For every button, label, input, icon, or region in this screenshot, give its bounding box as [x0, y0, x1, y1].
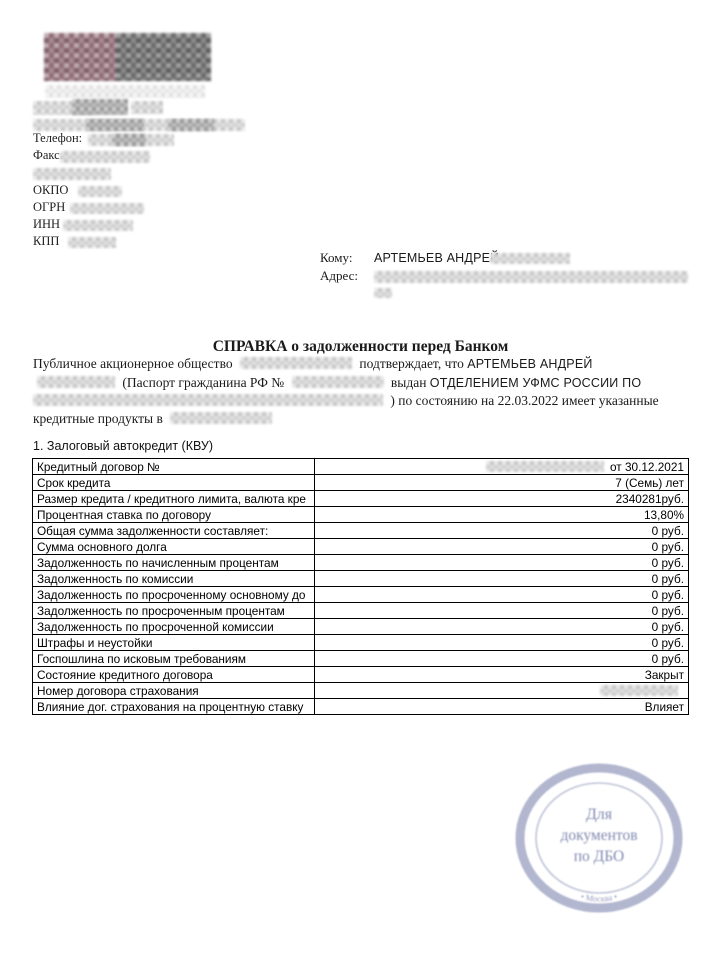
intro-line-4: кредитные продукты в: [33, 411, 276, 427]
row-value-text: 13,80%: [644, 508, 684, 522]
row-label-cell: Задолженность по просроченному основному…: [33, 587, 315, 603]
table-row: Задолженность по начисленным процентам0 …: [33, 555, 689, 571]
row-label-cell: Влияние дог. страхования на процентную с…: [33, 699, 315, 715]
row-label-text: Задолженность по просроченному основному…: [37, 588, 305, 602]
client-patronymic-redacted: [37, 376, 115, 388]
bank-logo: [44, 33, 211, 81]
row-label-text: Задолженность по начисленным процентам: [37, 556, 279, 570]
bank-logo-mark: [44, 33, 116, 81]
row-label-cell: Номер договора страхования: [33, 683, 315, 699]
sender-address-redacted: [72, 99, 128, 115]
row-label-text: Номер договора страхования: [37, 684, 199, 698]
address-label: Адрес:: [320, 268, 358, 284]
inn-label: ИНН: [33, 217, 60, 232]
row-value-cell: 0 руб.: [315, 523, 689, 539]
row-value-text: 0 руб.: [652, 524, 684, 538]
row-value-text: Закрыт: [645, 668, 684, 682]
row-value-text: 2340281руб.: [616, 492, 684, 506]
row-value-cell: 0 руб.: [315, 587, 689, 603]
row-value-cell: 13,80%: [315, 507, 689, 523]
okpo-label: ОКПО: [33, 183, 68, 198]
row-label-cell: Общая сумма задолженности составляет:: [33, 523, 315, 539]
row-label-cell: Кредитный договор №: [33, 459, 315, 475]
table-row: Кредитный договор №от 30.12.2021: [33, 459, 689, 475]
row-label-text: Общая сумма задолженности составляет:: [37, 524, 268, 538]
stamp-text-line1: Для: [586, 806, 613, 823]
row-value-cell: Закрыт: [315, 667, 689, 683]
bank-name-redacted: [170, 412, 272, 424]
row-label-cell: Задолженность по просроченной комиссии: [33, 619, 315, 635]
intro-company: Публичное акционерное общество: [33, 356, 233, 371]
row-value-text: 0 руб.: [652, 588, 684, 602]
document-page: Телефон: Факс: ОКПО ОГРН ИНН КПП Кому: А…: [0, 0, 711, 960]
table-row: Срок кредита7 (Семь) лет: [33, 475, 689, 491]
bank-logo-subtitle-redacted: [45, 85, 205, 98]
sender-address-redacted: [131, 101, 163, 114]
sender-info-redacted: [33, 168, 111, 180]
intro-passport: (Паспорт гражданина РФ №: [122, 375, 284, 390]
row-value-cell: 0 руб.: [315, 571, 689, 587]
row-value-text: 0 руб.: [652, 620, 684, 634]
company-name-redacted: [240, 357, 352, 369]
intro-products: кредитные продукты в: [33, 411, 163, 426]
sender-address-redacted: [86, 119, 144, 131]
row-value-cell: [315, 683, 689, 699]
credit-section-title: 1. Залоговый автокредит (КВУ): [33, 439, 213, 453]
row-label-cell: Задолженность по начисленным процентам: [33, 555, 315, 571]
recipient-address-redacted: [374, 288, 392, 298]
row-label-text: Госпошлина по исковым требованиям: [37, 652, 246, 666]
phone-value-redacted: [112, 134, 146, 146]
document-title: СПРАВКА о задолженности перед Банком: [33, 338, 688, 356]
redacted-block: [600, 685, 678, 696]
kpp-label: КПП: [33, 234, 59, 249]
issuer-region-redacted: [33, 394, 383, 406]
fax-label: Факс:: [33, 148, 63, 163]
row-label-text: Задолженность по просроченной комиссии: [37, 620, 274, 634]
row-label-text: Кредитный договор №: [37, 460, 160, 474]
row-value-text: Влияет: [645, 700, 684, 714]
okpo-value-redacted: [78, 186, 122, 197]
row-value-cell: 2340281руб.: [315, 491, 689, 507]
row-value-text: от 30.12.2021: [610, 460, 684, 474]
table-row: Задолженность по просроченной комиссии0 …: [33, 619, 689, 635]
table-row: Сумма основного долга0 руб.: [33, 539, 689, 555]
inn-value-redacted: [63, 220, 133, 231]
intro-issued: выдан: [391, 375, 427, 390]
row-value-cell: 0 руб.: [315, 635, 689, 651]
bank-logo-text: [116, 33, 211, 81]
ogrn-label: ОГРН: [33, 200, 65, 215]
row-label-text: Влияние дог. страхования на процентную с…: [37, 700, 303, 714]
passport-issuer: ОТДЕЛЕНИЕМ УФМС РОССИИ ПО: [430, 376, 641, 390]
client-name: АРТЕМЬЕВ АНДРЕЙ: [467, 357, 592, 371]
row-label-cell: Срок кредита: [33, 475, 315, 491]
table-row: Госпошлина по исковым требованиям0 руб.: [33, 651, 689, 667]
fax-value-redacted: [60, 151, 150, 163]
row-label-cell: Размер кредита / кредитного лимита, валю…: [33, 491, 315, 507]
passport-number-redacted: [292, 376, 384, 388]
row-label-text: Сумма основного долга: [37, 540, 167, 554]
table-row: Влияние дог. страхования на процентную с…: [33, 699, 689, 715]
table-row: Номер договора страхования: [33, 683, 689, 699]
row-value-text: 7 (Семь) лет: [615, 476, 684, 490]
row-value-text: 0 руб.: [652, 556, 684, 570]
table-row: Задолженность по комиссии0 руб.: [33, 571, 689, 587]
row-label-text: Размер кредита / кредитного лимита, валю…: [37, 492, 306, 506]
phone-label: Телефон:: [33, 131, 82, 146]
table-row: Состояние кредитного договораЗакрыт: [33, 667, 689, 683]
row-label-cell: Госпошлина по исковым требованиям: [33, 651, 315, 667]
sender-address-redacted: [168, 119, 214, 131]
intro-asof: ) по состоянию на 22.03.2022 имеет указа…: [390, 393, 658, 408]
row-value-cell: Влияет: [315, 699, 689, 715]
row-label-text: Состояние кредитного договора: [37, 668, 213, 682]
recipient-address-redacted: [374, 271, 688, 283]
row-value-text: 0 руб.: [652, 572, 684, 586]
row-value-cell: 0 руб.: [315, 539, 689, 555]
table-row: Штрафы и неустойки0 руб.: [33, 635, 689, 651]
row-label-cell: Штрафы и неустойки: [33, 635, 315, 651]
row-value-cell: от 30.12.2021: [315, 459, 689, 475]
row-label-cell: Сумма основного долга: [33, 539, 315, 555]
table-row: Задолженность по просроченному основному…: [33, 587, 689, 603]
row-label-text: Процентная ставка по договору: [37, 508, 211, 522]
row-value-cell: 0 руб.: [315, 603, 689, 619]
stamp-text-line2: документов: [560, 827, 637, 844]
bank-stamp: Для документов по ДБО • Москва •: [512, 762, 686, 916]
credit-table: Кредитный договор №от 30.12.2021Срок кре…: [32, 458, 689, 715]
stamp-text-line3: по ДБО: [574, 848, 624, 865]
redacted-block: [486, 461, 604, 472]
table-row: Процентная ставка по договору13,80%: [33, 507, 689, 523]
row-value-cell: 0 руб.: [315, 619, 689, 635]
row-label-cell: Задолженность по комиссии: [33, 571, 315, 587]
row-label-cell: Состояние кредитного договора: [33, 667, 315, 683]
to-label: Кому:: [320, 250, 352, 266]
row-value-cell: 0 руб.: [315, 555, 689, 571]
row-label-text: Задолженность по просроченным процентам: [37, 604, 285, 618]
row-label-text: Задолженность по комиссии: [37, 572, 193, 586]
recipient-name-redacted: [490, 253, 570, 264]
table-row: Задолженность по просроченным процентам0…: [33, 603, 689, 619]
table-row: Общая сумма задолженности составляет:0 р…: [33, 523, 689, 539]
table-row: Размер кредита / кредитного лимита, валю…: [33, 491, 689, 507]
row-label-cell: Процентная ставка по договору: [33, 507, 315, 523]
row-value-text: 0 руб.: [652, 636, 684, 650]
intro-line-1: Публичное акционерное общество подтвержд…: [33, 356, 593, 372]
row-value-cell: 0 руб.: [315, 651, 689, 667]
row-value-cell: 7 (Семь) лет: [315, 475, 689, 491]
row-label-cell: Задолженность по просроченным процентам: [33, 603, 315, 619]
ogrn-value-redacted: [70, 203, 144, 214]
recipient-name: АРТЕМЬЕВ АНДРЕЙ: [374, 251, 499, 265]
row-value-text: 0 руб.: [652, 652, 684, 666]
kpp-value-redacted: [68, 237, 116, 248]
row-value-text: 0 руб.: [652, 604, 684, 618]
intro-confirms: подтверждает, что: [359, 356, 463, 371]
intro-line-2: (Паспорт гражданина РФ № выдан ОТДЕЛЕНИЕ…: [33, 375, 641, 391]
row-value-text: 0 руб.: [652, 540, 684, 554]
intro-line-3: ) по состоянию на 22.03.2022 имеет указа…: [33, 393, 659, 409]
row-label-text: Штрафы и неустойки: [37, 636, 152, 650]
row-label-text: Срок кредита: [37, 476, 110, 490]
credit-table-body: Кредитный договор №от 30.12.2021Срок кре…: [33, 459, 689, 715]
